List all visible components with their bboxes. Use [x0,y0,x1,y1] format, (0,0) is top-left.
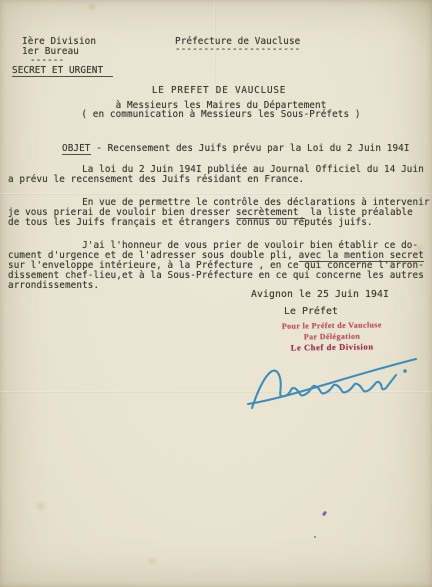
paragraph-1: La loi du 2 Juin 194I publiée au Journal… [8,165,432,185]
handwritten-signature [228,346,428,424]
dateline: Avignon le 25 Juin 194I [251,290,389,300]
paragraph-2: En vue de permettre le contrôle des décl… [8,198,432,228]
signoff-le-prefet: Le Préfet [284,307,338,317]
paragraph-3-text-b: sur l'enveloppe intérieure, à la Préfect… [8,260,424,291]
age-spot [146,556,158,566]
header-office-rule: ---------------------- [175,45,300,55]
classification-secret-urgent: SECRET ET URGENT [12,66,113,76]
paragraph-3: J'ai l'honneur de vous prier de vouloir … [8,241,432,291]
age-spot [34,500,48,512]
sender-title: LE PREFET DE VAUCLUSE [0,86,432,96]
ink-speck [314,536,316,538]
addressee-line2: ( en communication à Messieurs les Sous-… [0,110,432,120]
age-spot [86,2,98,11]
subject-line: OBJET - Recensement des Juifs prévu par … [62,144,410,154]
subject-text: - Recensement des Juifs prévu par la Loi… [91,143,410,154]
classification-text: SECRET ET URGENT [12,65,113,77]
letter-body: La loi du 2 Juin 194I publiée au Journal… [8,165,432,304]
scanned-letter-page: Ière Division 1er Bureau ------ SECRET E… [0,0,432,587]
paragraph-1-text: La loi du 2 Juin 194I publiée au Journal… [8,164,424,185]
ink-speck [322,511,327,517]
subject-label: OBJET [62,143,91,155]
corner-fold-shading [362,0,432,58]
